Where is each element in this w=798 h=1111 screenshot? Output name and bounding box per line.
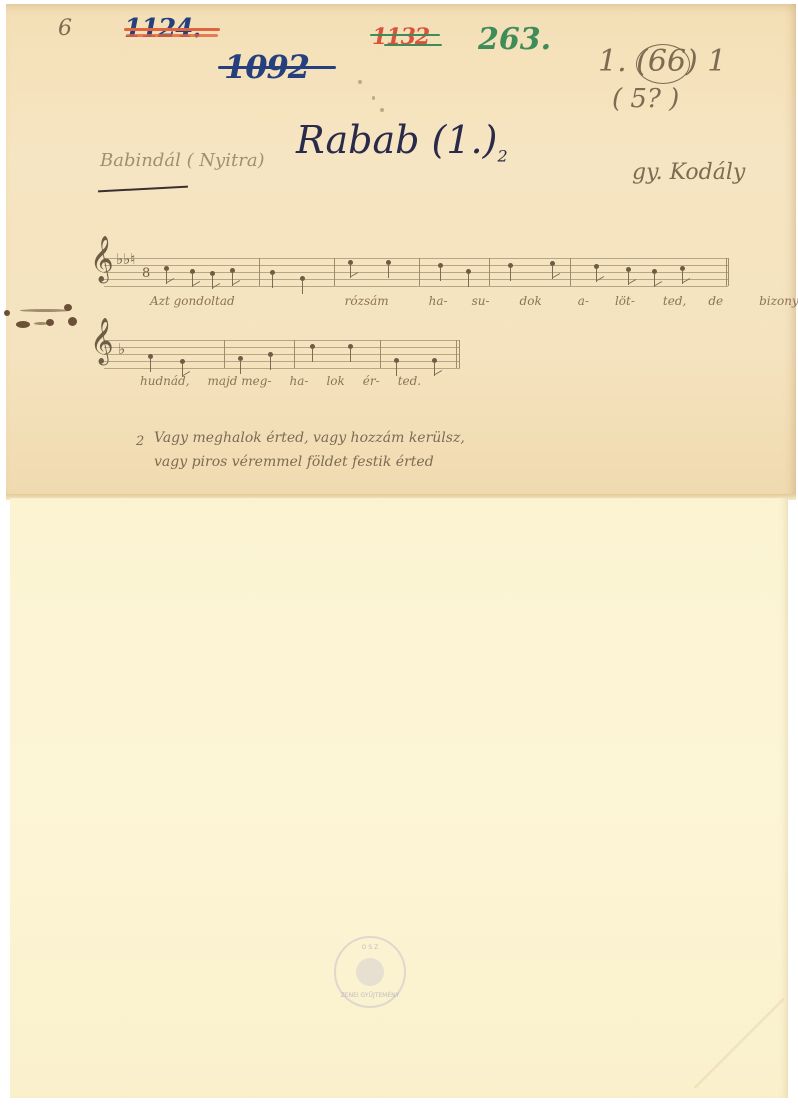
staff-line: [104, 354, 460, 355]
verse-line-2: vagy piros véremmel földet festik érted: [154, 454, 434, 470]
lyric-syllable: ted,: [663, 294, 686, 308]
note-stem: [510, 267, 511, 281]
lyric-syllable: rózsám: [345, 294, 389, 308]
stamp-text-bottom: ZENEI GYŰJTEMÉNY: [336, 992, 404, 999]
lyric-syllable: de: [708, 294, 723, 308]
lower-leaf: [10, 498, 788, 1098]
note-stem: [302, 280, 303, 294]
lyric-syllable: a-: [578, 294, 589, 308]
collector-name: gy. Kodály: [632, 160, 745, 185]
page-number: 6: [58, 16, 72, 41]
note-stem: [150, 358, 151, 372]
classification-note: ( 5? ): [612, 84, 679, 114]
strike-line-blue: [218, 66, 336, 69]
time-signature: 8: [142, 266, 150, 281]
classification-circle: [636, 44, 690, 84]
lyrics-line-2: hudnád,majd meg-ha-lokér-ted.: [140, 374, 439, 388]
bar-line: [570, 258, 571, 286]
stamp-text-top: O S Z: [336, 944, 404, 951]
lyric-syllable: bizony: [759, 294, 798, 308]
note-stem: [468, 273, 469, 287]
verse-line-1: Vagy meghalok érted, vagy hozzám kerülsz…: [154, 430, 465, 446]
note-flag: [233, 280, 240, 285]
lyric-syllable: hudnád,: [140, 374, 190, 388]
bar-line: [459, 340, 460, 368]
lyric-syllable: su-: [472, 294, 490, 308]
lyric-syllable: dok: [520, 294, 542, 308]
corner-crease: [694, 998, 784, 1088]
lyric-syllable: Azt gondoltad: [150, 294, 235, 308]
lyric-syllable: lok: [326, 374, 344, 388]
staff-line: [104, 272, 728, 273]
staff-line: [104, 361, 460, 362]
bar-line: [419, 258, 420, 286]
lyric-syllable: ha-: [429, 294, 448, 308]
note-stem: [240, 360, 241, 374]
note-stem: [270, 356, 271, 370]
lyrics-line-1: Azt gondoltadrózsámha-su-doka-löt-ted,de…: [150, 294, 798, 308]
lyric-syllable: ted.: [398, 374, 421, 388]
bar-line: [294, 340, 295, 368]
treble-clef-icon: 𝄞: [90, 236, 114, 282]
song-title-subscript: 2: [497, 147, 507, 166]
bar-line: [224, 340, 225, 368]
staff-line: [104, 347, 460, 348]
song-title-text: Rabab (1.): [296, 118, 497, 162]
music-staff-1: [104, 258, 728, 286]
bar-line: [728, 258, 729, 286]
bar-line: [489, 258, 490, 286]
staff-line: [104, 340, 460, 341]
lyric-syllable: löt-: [615, 294, 635, 308]
bar-line: [380, 340, 381, 368]
verse-number: 2: [136, 434, 144, 449]
staff-line: [104, 265, 728, 266]
location-label: Babindál ( Nyitra): [100, 150, 265, 171]
bar-line: [334, 258, 335, 286]
struck-catalog-number-3: 1132: [372, 24, 429, 50]
staff-line: [104, 286, 728, 287]
strike-line-red: [124, 28, 220, 31]
treble-clef-icon: 𝄞: [90, 318, 114, 364]
key-signature-1: ♭♭♮: [116, 250, 136, 268]
music-staff-2: [104, 340, 460, 368]
bar-line: [726, 258, 727, 286]
strike-line-red: [126, 34, 218, 37]
note-stem: [350, 348, 351, 362]
strike-line-green: [370, 34, 440, 36]
strike-line-green: [384, 44, 442, 46]
bar-line: [259, 258, 260, 286]
bar-line: [456, 340, 457, 368]
library-stamp: O S Z ZENEI GYŰJTEMÉNY: [334, 936, 406, 1008]
note-flag: [553, 273, 560, 278]
lyric-syllable: ér-: [363, 374, 380, 388]
note-stem: [312, 348, 313, 362]
staff-line: [104, 258, 728, 259]
note-stem: [440, 267, 441, 281]
song-title: Rabab (1.)2: [296, 118, 508, 166]
stamp-emblem-icon: [356, 958, 384, 986]
lyric-syllable: majd meg-: [208, 374, 272, 388]
current-catalog-number: 263.: [478, 22, 551, 57]
lyric-syllable: ha-: [290, 374, 309, 388]
key-signature-2: ♭: [118, 340, 125, 358]
note-stem: [272, 274, 273, 288]
staff-line: [104, 368, 460, 369]
note-stem: [388, 264, 389, 278]
